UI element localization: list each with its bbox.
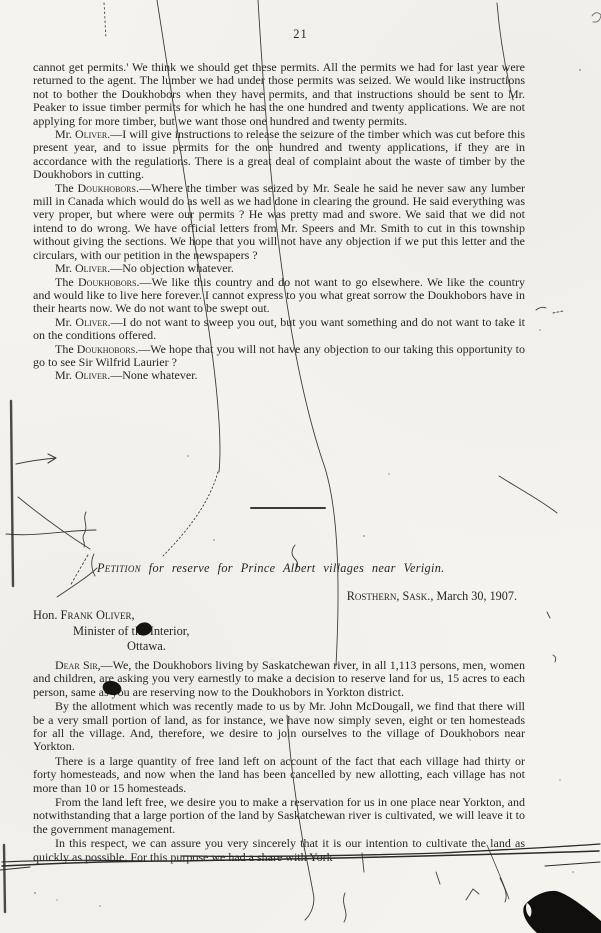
speaker-prefix: Mr.	[55, 261, 75, 275]
squiggle-left-1	[18, 497, 90, 549]
dateline-date: March 30, 1907.	[433, 589, 517, 603]
curve-mid-right	[499, 476, 557, 513]
dialogue-paragraph-5: Mr. Oliver.—I do not want to sweep you o…	[33, 316, 525, 343]
squiggle-bottom-center	[344, 893, 346, 922]
margin-tick-right-2	[553, 311, 563, 313]
petition-paragraph-1-text: ,—We, the Doukhobors living by Saskatche…	[33, 658, 525, 699]
address-line-2: Minister of the Interior,	[73, 624, 190, 640]
hearing-transcript: cannot get permits.' We think we should …	[33, 61, 525, 383]
petition-paragraph-5: In this respect, we can assure you very …	[33, 837, 525, 864]
scan-corner-blob-notch	[526, 903, 531, 917]
petition-paragraph-3: There is a large quantity of free land l…	[33, 755, 525, 795]
smudge-top-right	[592, 13, 601, 22]
speck	[363, 535, 365, 537]
curl-before-heading	[92, 554, 95, 576]
speck	[559, 779, 560, 780]
address-block: Hon. Frank Oliver, Minister of the Inter…	[33, 608, 190, 655]
addressee-name: Frank Oliver	[61, 608, 132, 622]
dateline-place: Rosthern, Sask.,	[347, 589, 434, 603]
dialogue-body: .—I do not want to sweep you out, but yo…	[33, 315, 525, 342]
speaker-name: Oliver	[75, 315, 107, 329]
page-number: 21	[0, 27, 601, 42]
petition-body: Dear Sir,—We, the Doukhobors living by S…	[33, 659, 525, 865]
honorific: Hon.	[33, 608, 61, 622]
dialogue-paragraph-7: Mr. Oliver.—None whatever.	[33, 369, 525, 382]
petition-heading-lead: Petition	[97, 561, 141, 575]
petition-paragraph-1: Dear Sir,—We, the Doukhobors living by S…	[33, 659, 525, 699]
margin-tick-right-1	[536, 307, 546, 310]
squiggle-left-3	[83, 512, 86, 547]
salutation: Dear Sir	[55, 658, 98, 672]
dialogue-paragraph-4: The Doukhobors.—We like this country and…	[33, 276, 525, 316]
long-scratch-left-tail	[163, 472, 218, 556]
dialogue-body: .—None whatever.	[107, 368, 197, 382]
speaker-prefix: Mr.	[55, 315, 75, 329]
squiggle-left-2	[6, 530, 96, 535]
scan-corner-blob	[523, 891, 601, 933]
dialogue-paragraph-3: Mr. Oliver.—No objection whatever.	[33, 262, 525, 275]
arrow-mark-left	[16, 454, 56, 464]
speaker-name: Doukhobors	[78, 275, 136, 289]
speck	[56, 899, 57, 900]
section-divider-rule	[250, 507, 326, 509]
speaker-prefix: Mr.	[55, 368, 75, 382]
binding-fold-line-lower	[4, 845, 5, 912]
dotted-diagonal-left	[70, 555, 88, 586]
check-mark-bottom	[466, 889, 479, 900]
speaker-name: Oliver	[75, 368, 107, 382]
squiggle-bottom-right	[500, 878, 506, 902]
speck	[539, 329, 541, 331]
dialogue-body: .—No objection whatever.	[107, 261, 234, 275]
petition-heading-rest: for reserve for Prince Albert villages n…	[141, 561, 445, 575]
speck	[34, 892, 36, 894]
speck	[388, 473, 389, 474]
speck	[99, 905, 101, 907]
speck	[213, 539, 215, 541]
speaker-name: Doukhobors	[78, 181, 136, 195]
address-line-1-suffix: ,	[131, 608, 134, 622]
speaker-name: Oliver	[75, 127, 107, 141]
dialogue-paragraph-6: The Doukhobors.—We hope that you will no…	[33, 343, 525, 370]
speck	[579, 69, 581, 71]
speaker-prefix: The	[55, 181, 78, 195]
margin-tick-right-3	[547, 612, 556, 662]
corner-shadow-blob	[523, 891, 601, 933]
binding-fold-line-upper	[11, 401, 13, 586]
speaker-prefix: The	[55, 275, 78, 289]
speaker-name: Oliver	[75, 261, 107, 275]
address-line-1: Hon. Frank Oliver,	[33, 608, 190, 624]
speaker-prefix: The	[55, 342, 77, 356]
petition-paragraph-4: From the land left free, we desire you t…	[33, 796, 525, 836]
address-line-3: Ottawa.	[127, 639, 190, 655]
speaker-prefix: Mr.	[55, 127, 75, 141]
scanned-document-page: { "page_number": "21", "transcript": { "…	[0, 0, 601, 933]
transcript-opening-paragraph: cannot get permits.' We think we should …	[33, 61, 525, 128]
trailing-dash	[545, 862, 600, 866]
tick-purpose	[436, 872, 440, 884]
dateline: Rosthern, Sask., March 30, 1907.	[33, 589, 517, 604]
speck	[572, 871, 574, 873]
speaker-name: Doukhobors	[77, 342, 135, 356]
speck	[187, 455, 189, 457]
dialogue-paragraph-1: Mr. Oliver.—I will give instructions to …	[33, 128, 525, 182]
dialogue-body: .—I will give instructions to release th…	[33, 127, 525, 181]
petition-heading: Petition for reserve for Prince Albert v…	[97, 561, 567, 576]
dialogue-paragraph-2: The Doukhobors.—Where the timber was sei…	[33, 182, 525, 262]
petition-paragraph-2: By the allotment which was recently made…	[33, 700, 525, 754]
strike-lead-dash	[0, 867, 30, 870]
